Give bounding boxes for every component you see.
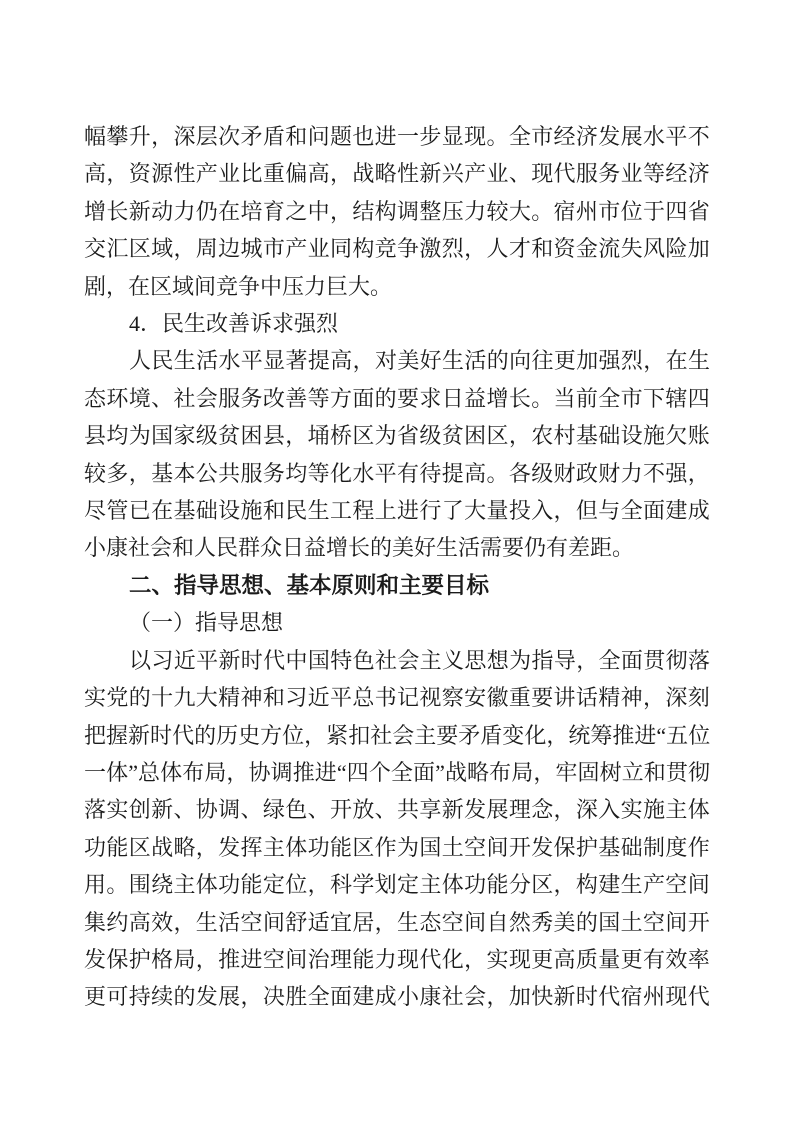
body-text-line: 落实创新、协调、绿色、开放、共享新发展理念，深入实施主体 (84, 791, 710, 828)
body-text-line: 县均为国家级贫困县，埇桥区为省级贫困区，农村基础设施欠账 (84, 417, 710, 454)
body-text-line: 剧，在区域间竞争中压力巨大。 (84, 268, 710, 305)
text-block: 幅攀升，深层次矛盾和问题也进一步显现。全市经济发展水平不 高，资源性产业比重偏高… (84, 118, 710, 1016)
body-text-line: 功能区战略，发挥主体功能区作为国土空间开发保护基础制度作 (84, 829, 710, 866)
body-text-line: 更可持续的发展，决胜全面建成小康社会，加快新时代宿州现代 (84, 978, 710, 1015)
body-text-line: 用。围绕主体功能定位，科学划定主体功能分区，构建生产空间 (84, 866, 710, 903)
body-text-line: 高，资源性产业比重偏高，战略性新兴产业、现代服务业等经济 (84, 155, 710, 192)
body-text-line: 以习近平新时代中国特色社会主义思想为指导，全面贯彻落 (84, 642, 710, 679)
body-text-line: 人民生活水平显著提高，对美好生活的向往更加强烈，在生 (84, 342, 710, 379)
body-text-line: 一体”总体布局，协调推进“四个全面”战略布局，牢固树立和贯彻 (84, 754, 710, 791)
body-text-line: 集约高效，生活空间舒适宜居，生态空间自然秀美的国土空间开 (84, 904, 710, 941)
body-text-line: 增长新动力仍在培育之中，结构调整压力较大。宿州市位于四省 (84, 193, 710, 230)
subsection-heading: （一）指导思想 (84, 604, 710, 641)
body-text-line: 较多，基本公共服务均等化水平有待提高。各级财政财力不强， (84, 455, 710, 492)
body-text-line: 把握新时代的历史方位，紧扣社会主要矛盾变化，统筹推进“五位 (84, 717, 710, 754)
numbered-subheading: 4．民生改善诉求强烈 (84, 305, 710, 342)
document-page: 幅攀升，深层次矛盾和问题也进一步显现。全市经济发展水平不 高，资源性产业比重偏高… (0, 0, 793, 1122)
body-text-line: 小康社会和人民群众日益增长的美好生活需要仍有差距。 (84, 529, 710, 566)
body-text-line: 态环境、社会服务改善等方面的要求日益增长。当前全市下辖四 (84, 380, 710, 417)
body-text-line: 交汇区域，周边城市产业同构竞争激烈，人才和资金流失风险加 (84, 230, 710, 267)
body-text-line: 发保护格局，推进空间治理能力现代化，实现更高质量更有效率 (84, 941, 710, 978)
body-text-line: 幅攀升，深层次矛盾和问题也进一步显现。全市经济发展水平不 (84, 118, 710, 155)
body-text-line: 尽管已在基础设施和民生工程上进行了大量投入，但与全面建成 (84, 492, 710, 529)
body-text-line: 实党的十九大精神和习近平总书记视察安徽重要讲话精神，深刻 (84, 679, 710, 716)
section-heading: 二、指导思想、基本原则和主要目标 (84, 567, 710, 604)
